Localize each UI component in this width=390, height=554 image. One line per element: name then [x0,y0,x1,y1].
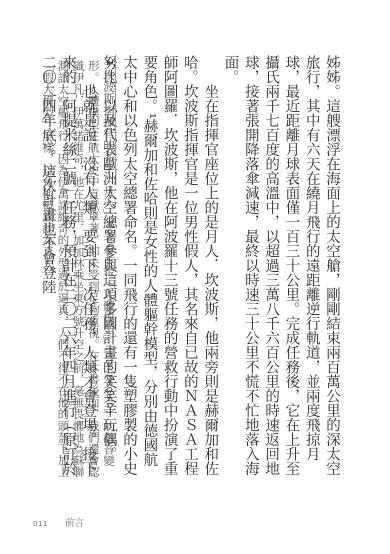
footnote-text: 是「人體模型」（ [102,265,116,352]
footnote-latin-term: Moonikin [104,220,115,265]
book-page: 姊姊。這艘漂浮在海面上的太空艙，剛剛結束兩百萬公里的深太空旅行，其中有六天在繞月… [0,0,390,554]
footnote-latin-term: mannequin [104,352,115,409]
footnote-number: 1 [105,60,114,66]
page-number: 011 [33,520,48,528]
footnote: 1 坎波斯指揮官的名字「月人」Moonikin是「人體模型」（mannequin… [40,60,117,480]
page-footer: 011 前言 [33,511,84,530]
paragraph-1: 姊姊。這艘漂浮在海面上的太空艙，剛剛結束兩百萬公里的深太空旅行，其中有六天在繞月… [220,55,342,480]
section-title: 前言 [65,518,84,529]
footnote-text: 坎波斯指揮官的名字「月人」 [102,69,116,220]
